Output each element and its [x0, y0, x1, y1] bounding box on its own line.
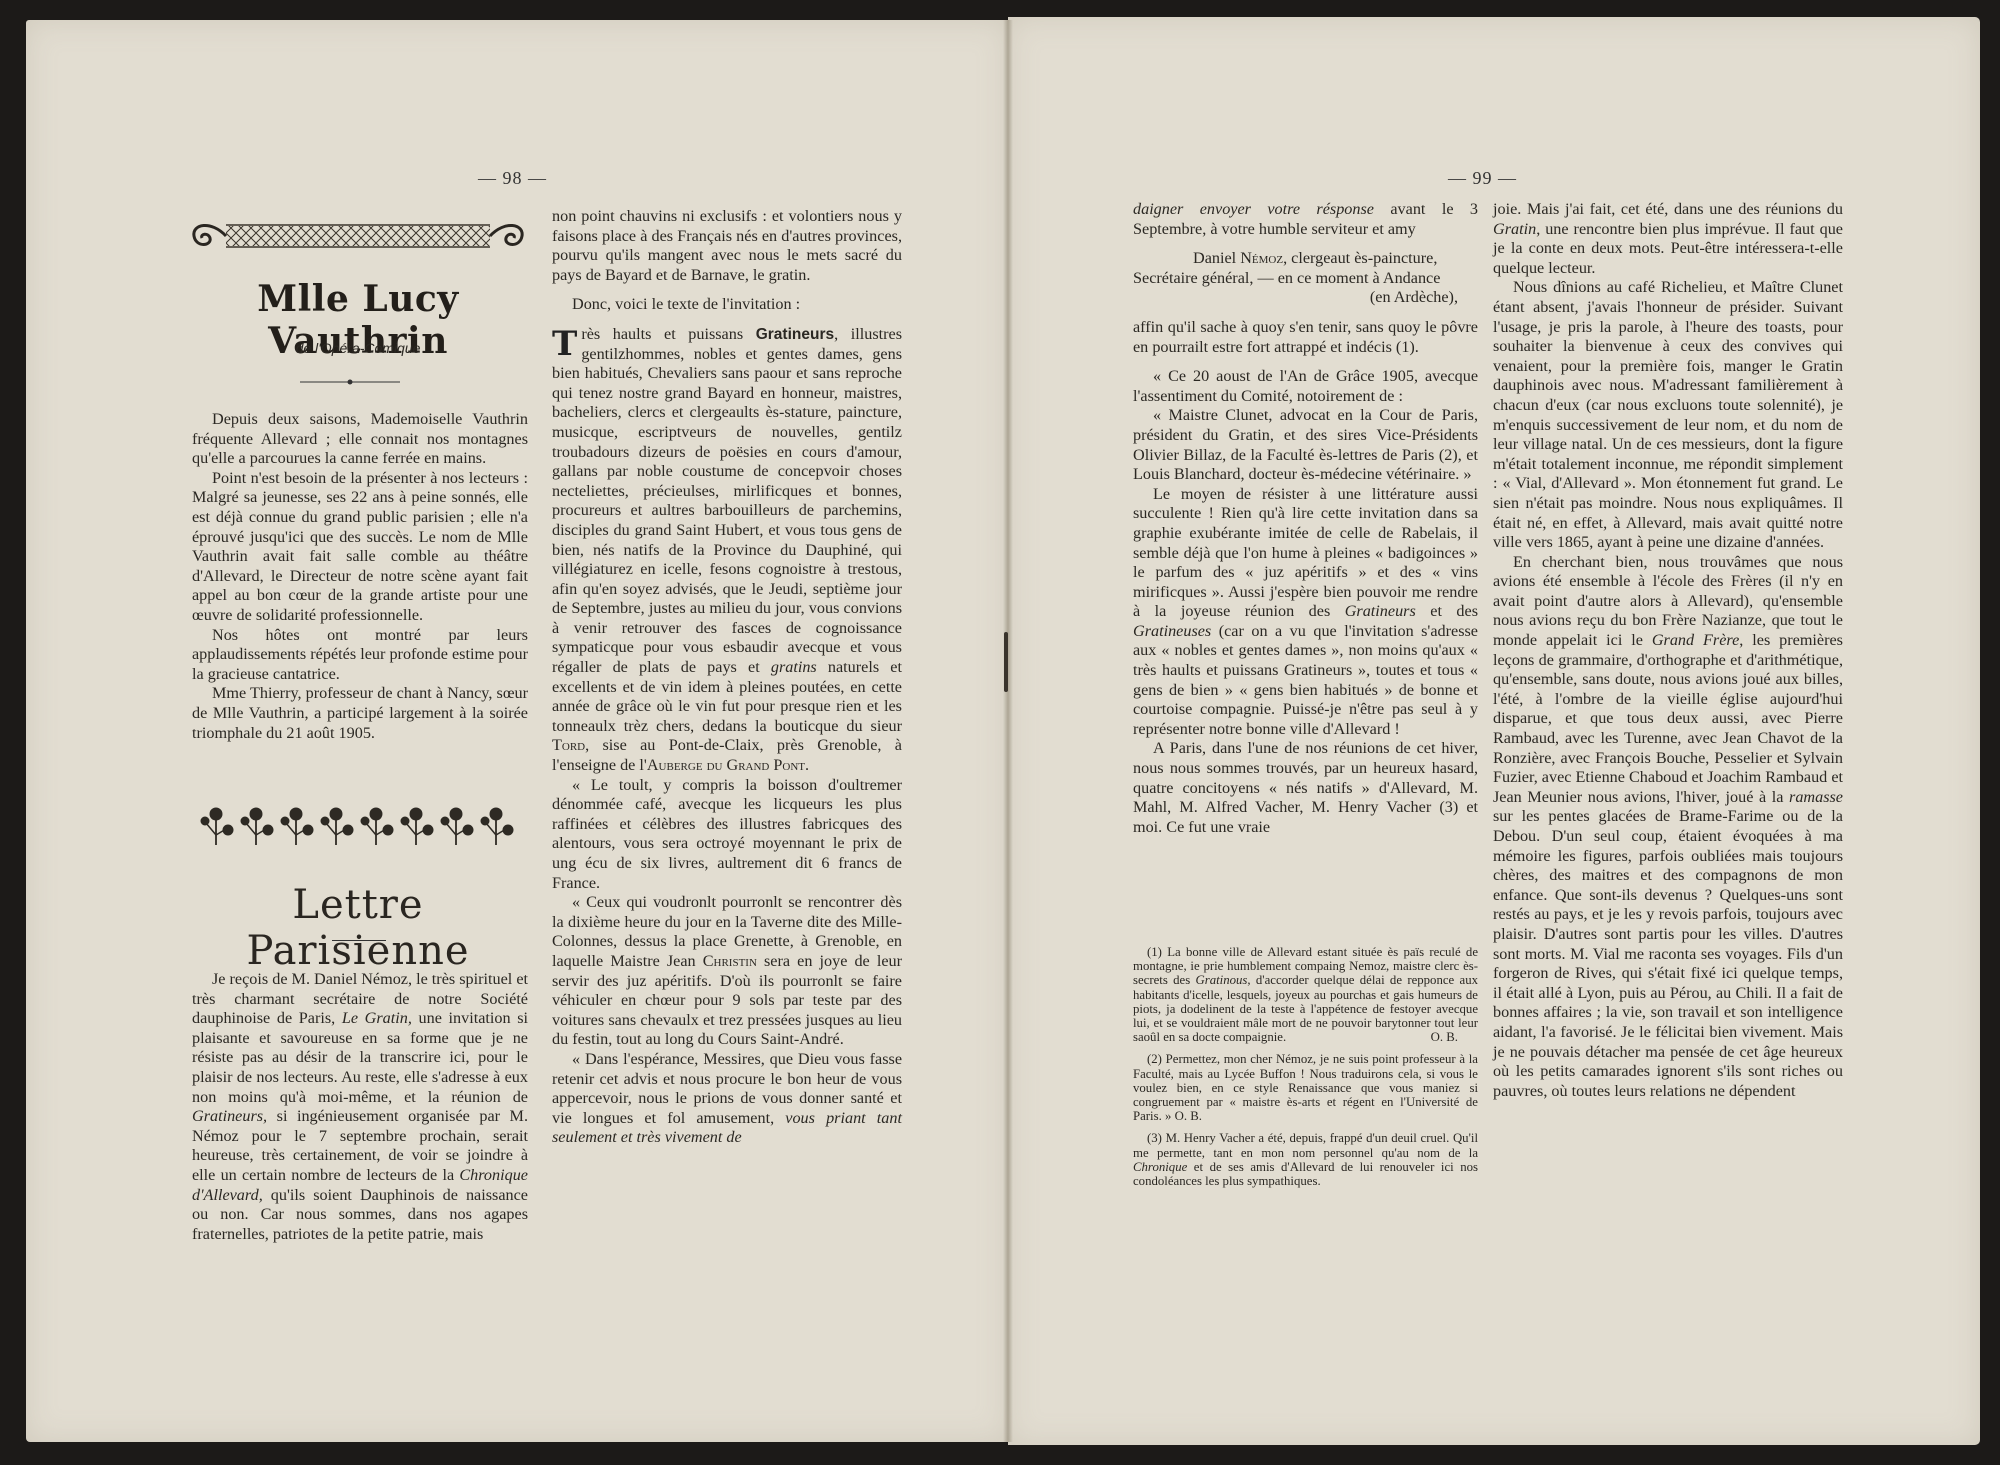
paragraph: En cherchant bien, nous trouvâmes que no…	[1493, 553, 1843, 1102]
title-underline	[332, 940, 386, 941]
paragraph: daigner envoyer votre résponse avant le …	[1133, 200, 1478, 239]
binding-gutter	[1003, 20, 1013, 1442]
right-col2: joie. Mais j'ai fait, cet été, dans une …	[1493, 200, 1843, 1101]
divider-dot-rule-icon	[300, 378, 400, 386]
lettre-col1: Je reçois de M. Daniel Némoz, le très sp…	[192, 970, 528, 1244]
paragraph: affin qu'il sache à quoy s'en tenir, san…	[1133, 318, 1478, 357]
footnote-2: (2) Permettez, mon cher Némoz, je ne sui…	[1133, 1052, 1478, 1123]
footnote-1: (1) La bonne ville de Allevard estant si…	[1133, 945, 1478, 1044]
lettre-col2: non point chauvins ni exclusifs : et vol…	[552, 207, 902, 1148]
page-number-98: — 98 —	[478, 168, 547, 189]
paragraph: Point n'est besoin de la présenter à nos…	[192, 469, 528, 626]
paragraph: Mme Thierry, professeur de chant à Nancy…	[192, 684, 528, 743]
right-col1: daigner envoyer votre résponse avant le …	[1133, 200, 1478, 837]
paragraph: Nous dînions au café Richelieu, et Maîtr…	[1493, 278, 1843, 552]
paragraph: Depuis deux saisons, Mademoiselle Vauthr…	[192, 410, 528, 469]
signature-line: Daniel Némoz, clergeaut ès-paincture,	[1133, 249, 1478, 269]
paragraph: non point chauvins ni exclusifs : et vol…	[552, 207, 902, 285]
page-number-99: — 99 —	[1448, 168, 1517, 189]
paragraph: joie. Mais j'ai fait, cet été, dans une …	[1493, 200, 1843, 278]
paragraph: « Dans l'espérance, Messires, que Dieu v…	[552, 1050, 902, 1148]
paragraph: Nos hôtes ont montré par leurs applaudis…	[192, 626, 528, 685]
paragraph: « Ceux qui voudronlt pourronlt se rencon…	[552, 893, 902, 1050]
drop-cap: T	[552, 327, 577, 361]
article-title-lettre-parisienne: Lettre Parisienne	[186, 882, 530, 974]
staple	[1004, 632, 1008, 692]
paragraph: Je reçois de M. Daniel Némoz, le très sp…	[192, 970, 528, 1244]
paragraph: Donc, voici le texte de l'invitation :	[552, 295, 902, 315]
paragraph: « Maistre Clunet, advocat en la Cour de …	[1133, 406, 1478, 484]
ornamental-banner-icon	[186, 218, 530, 254]
article-subtitle: de l'Opéra-Comique	[186, 340, 530, 356]
paragraph: « Ce 20 aoust de l'An de Grâce 1905, ave…	[1133, 367, 1478, 406]
article1-body: Depuis deux saisons, Mademoiselle Vauthr…	[192, 410, 528, 743]
paragraph: A Paris, dans l'une de nos réunions de c…	[1133, 739, 1478, 837]
footnotes: (1) La bonne ville de Allevard estant si…	[1133, 945, 1478, 1188]
footnote-3: (3) M. Henry Vacher a été, depuis, frapp…	[1133, 1131, 1478, 1188]
paragraph: Le moyen de résister à une littérature a…	[1133, 485, 1478, 740]
floral-border-icon	[198, 805, 528, 849]
invitation-paragraph: Très haults et puissans Gratineurs, illu…	[552, 325, 902, 776]
signature-line: (en Ardèche),	[1133, 288, 1478, 308]
paragraph: « Le toult, y compris la boisson d'oultr…	[552, 776, 902, 894]
signature-line: Secrétaire général, — en ce moment à And…	[1133, 269, 1478, 289]
